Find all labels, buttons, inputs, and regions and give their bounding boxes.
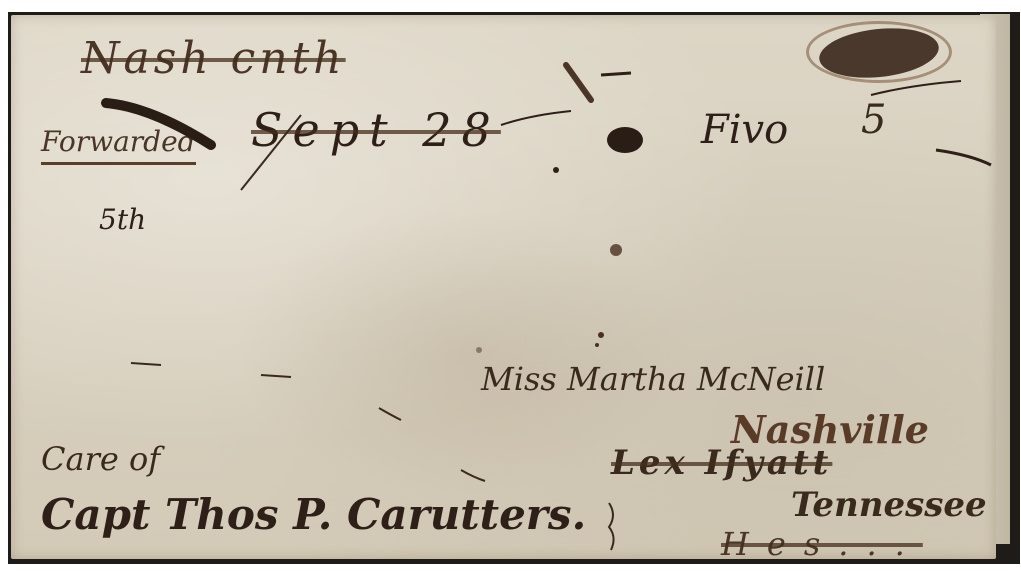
- addressee-name: Miss Martha McNeill: [481, 360, 825, 398]
- forwarded-label: Forwarded: [41, 125, 196, 165]
- crossed-out-bottom-line: Hes...: [721, 525, 923, 563]
- crossed-out-county: Lex Ifyatt: [611, 443, 832, 483]
- care-of-name: Capt Thos P. Carutters.: [41, 490, 586, 539]
- rate-marking-fivo: Fivo: [701, 107, 788, 153]
- address-state: Tennessee: [791, 485, 987, 525]
- forwarded-date: Sept 28: [251, 103, 501, 157]
- ink-seal-ring: [806, 21, 952, 83]
- care-of-label: Care of: [41, 440, 160, 478]
- rate-marking-left: 5th: [99, 203, 146, 236]
- letter-cover: Nash cnth Forwarded Sept 28 5th Fivo 5 M…: [11, 15, 996, 559]
- rate-marking-number: 5: [861, 97, 886, 143]
- crossed-out-town: Nash cnth: [81, 33, 346, 84]
- ink-blot: [607, 127, 643, 153]
